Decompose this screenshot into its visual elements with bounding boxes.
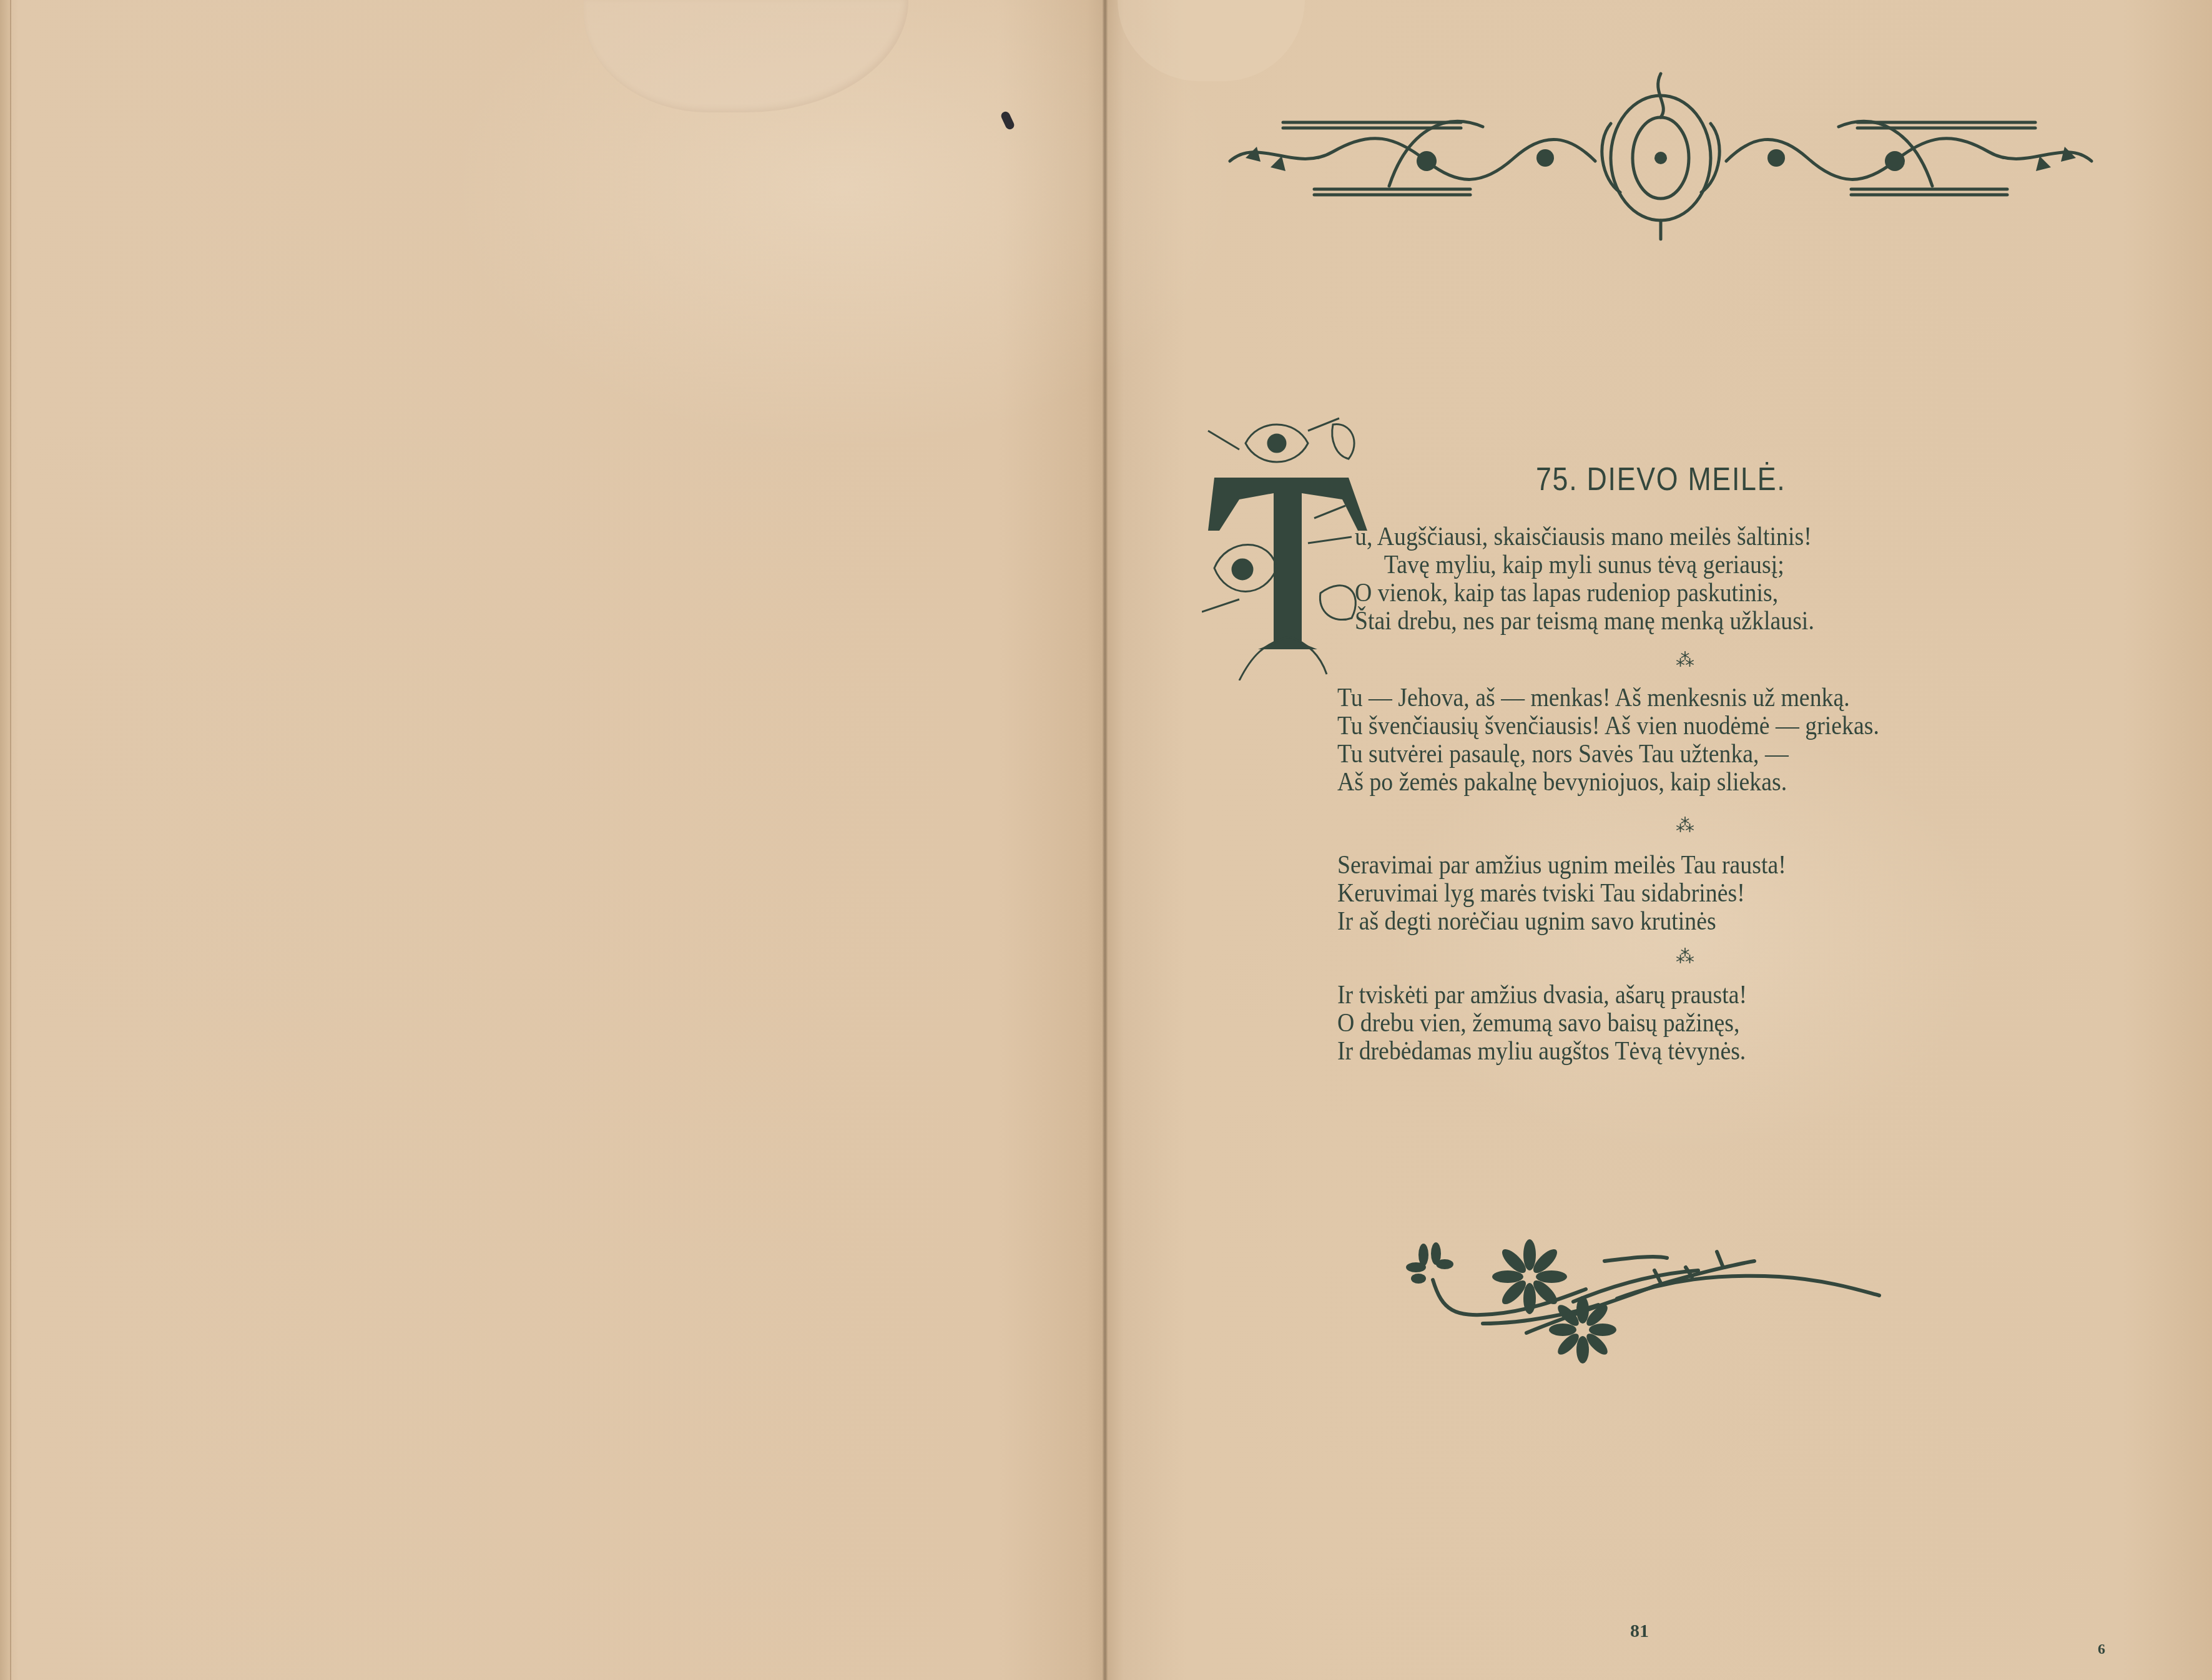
floral-asterism-icon: ⁂	[1676, 649, 1694, 671]
ornamental-scroll-vignette-icon	[1221, 67, 2101, 242]
verse-line: Tavę myliu, kaip myli sunus tėvą geriaus…	[1355, 551, 1814, 579]
stanza-4: Ir tviskėti par amžius dvasia, ašarų pra…	[1337, 981, 1747, 1066]
stanza-1: u, Augščiausi, skaisčiausis mano meilės …	[1355, 523, 1814, 636]
verse-line: Keruvimai lyg marės tviski Tau sidabrinė…	[1337, 880, 1786, 908]
floral-asterism-icon: ⁂	[1676, 946, 1694, 968]
floral-asterism-icon: ⁂	[1676, 815, 1694, 837]
left-page	[10, 0, 1103, 1680]
verse-line: Ir drebėdamas myliu augštos Tėvą tėvynės…	[1337, 1038, 1747, 1066]
verse-line: Ir tviskėti par amžius dvasia, ašarų pra…	[1337, 981, 1747, 1009]
stanza-2: Tu — Jehova, aš — menkas! Aš menkesnis u…	[1337, 684, 1879, 797]
verse-line: Tu švenčiausių švenčiausis! Aš vien nuod…	[1337, 712, 1879, 740]
verse-line: O vienok, kaip tas lapas rudeniop paskut…	[1355, 579, 1814, 607]
verse-line: u, Augščiausi, skaisčiausis mano meilės …	[1355, 523, 1814, 551]
verse-line: Štai drebu, nes par teismą manę menką už…	[1355, 607, 1814, 636]
book-gutter	[1103, 0, 1108, 1680]
page-number: 81	[1630, 1621, 1649, 1642]
signature-mark: 6	[2098, 1641, 2105, 1658]
verse-line: Tu sutvėrei pasaulę, nors Savės Tau užte…	[1337, 740, 1879, 769]
drop-cap-t-floral-icon	[1202, 406, 1377, 680]
stanza-3: Seravimai par amžius ugnim meilės Tau ra…	[1337, 852, 1786, 936]
daisy-vine-tailpiece-icon	[1405, 1230, 1898, 1367]
book-spread: 75. DIEVO MEILĖ. u, Augščiausi, skaisčia…	[0, 0, 2212, 1680]
verse-line: O drebu vien, žemumą savo baisų pažinęs,	[1337, 1009, 1747, 1038]
poem-title: 75. DIEVO MEILĖ.	[1536, 461, 1858, 498]
verse-line: Seravimai par amžius ugnim meilės Tau ra…	[1337, 852, 1786, 880]
verse-line: Ir aš degti norėčiau ugnim savo krutinės	[1337, 908, 1786, 936]
verse-line: Aš po žemės pakalnę bevyniojuos, kaip sl…	[1337, 769, 1879, 797]
verse-line: Tu — Jehova, aš — menkas! Aš menkesnis u…	[1337, 684, 1879, 712]
